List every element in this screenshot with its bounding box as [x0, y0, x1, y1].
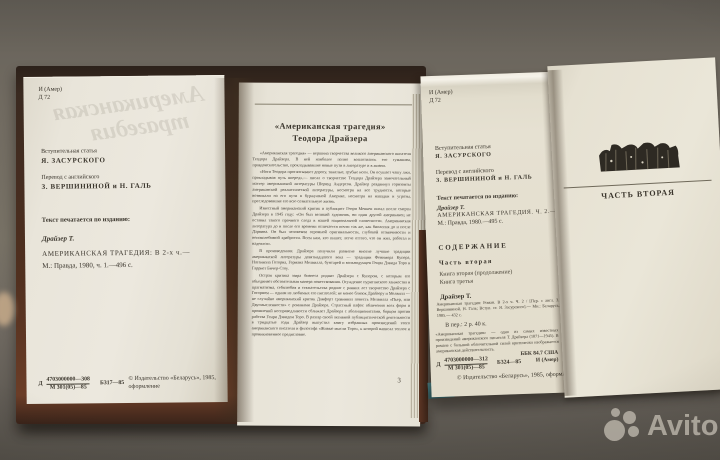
bbk-code: ББК 84.7 США И (Амер)	[512, 350, 558, 366]
contents-heading: СОДЕРЖАНИЕ	[438, 241, 507, 253]
left-book-article-page: «Американская трагедия» Теодора Драйзера…	[237, 83, 422, 427]
part-two-engraving	[597, 139, 681, 175]
intro-credit: Вступительная статья Я. ЗАСУРСКОГО	[435, 144, 492, 161]
card-description: Американская трагедия: Роман. В 2-х ч. Ч…	[436, 298, 560, 319]
left-book-verso-page: Американская трагедия И (Амер) Д 72 Всту…	[23, 75, 227, 404]
article-paragraph: Острая критика мира бизнеса роднит Драйз…	[252, 273, 411, 338]
copyright-note: © Издательство «Беларусь», 1985, оформле…	[128, 375, 216, 391]
avito-wordmark: Avito	[647, 410, 718, 443]
contents-item: Книга третья	[440, 279, 474, 288]
edition-note: Текст печатается по изданию: Драйзер Т. …	[437, 192, 557, 228]
translation-credit: Перевод с английского З. ВЕРШИНИНОЙ и Н.…	[436, 167, 533, 185]
header-rule	[255, 104, 413, 106]
shelf-code: И (Амер) Д 72	[38, 87, 62, 102]
part-two-caption: ЧАСТЬ ВТОРАЯ	[554, 185, 720, 203]
contents-item: Книга вторая (продолжение)	[439, 269, 512, 279]
catalog-formula: Д 4703000000—312 М 301(05)—85 Б324—85	[436, 355, 521, 372]
article-title: «Американская трагедия» Теодора Драйзера	[239, 121, 422, 144]
shelf-code: И (Амер) Д 72	[429, 89, 453, 105]
card-price: В пер.: 2 р. 40 к.	[445, 321, 487, 330]
edition-note: Текст печатается по изданию: Драйзер Т. …	[42, 215, 190, 270]
left-book-gutter-shadow	[214, 78, 254, 422]
page-number: 3	[397, 376, 401, 384]
translation-credit: Перевод с английского З. ВЕРШИНИНОЙ и Н.…	[41, 174, 151, 192]
copyright-note: © Издательство «Беларусь», 1985, оформле…	[457, 370, 565, 383]
book-listing-photo: Американская трагедия И (Амер) Д 72 Всту…	[0, 0, 720, 460]
intro-credit: Вступительная статья Я. ЗАСУРСКОГО	[41, 148, 106, 165]
article-paragraph: Известный американский критик и публицис…	[252, 206, 411, 248]
article-paragraph: В произведениях Драйзера получили развит…	[252, 248, 411, 272]
fingertip	[0, 292, 14, 326]
avito-logo-icon	[604, 408, 640, 444]
article-paragraph: «Ноги Теодора протаптывают дорогу, тяжел…	[252, 169, 411, 205]
showthrough-title: Американская трагедия	[43, 82, 208, 153]
catalog-formula: Д 4703000000—308 М 301(05)—85 Б317—85	[38, 376, 124, 391]
contents-part: Часть вторая	[439, 258, 493, 268]
article-text: «Американская трагедия» — вершина творче…	[252, 151, 411, 340]
avito-watermark: Avito	[604, 408, 718, 444]
article-paragraph: «Американская трагедия» — вершина творче…	[252, 151, 410, 169]
